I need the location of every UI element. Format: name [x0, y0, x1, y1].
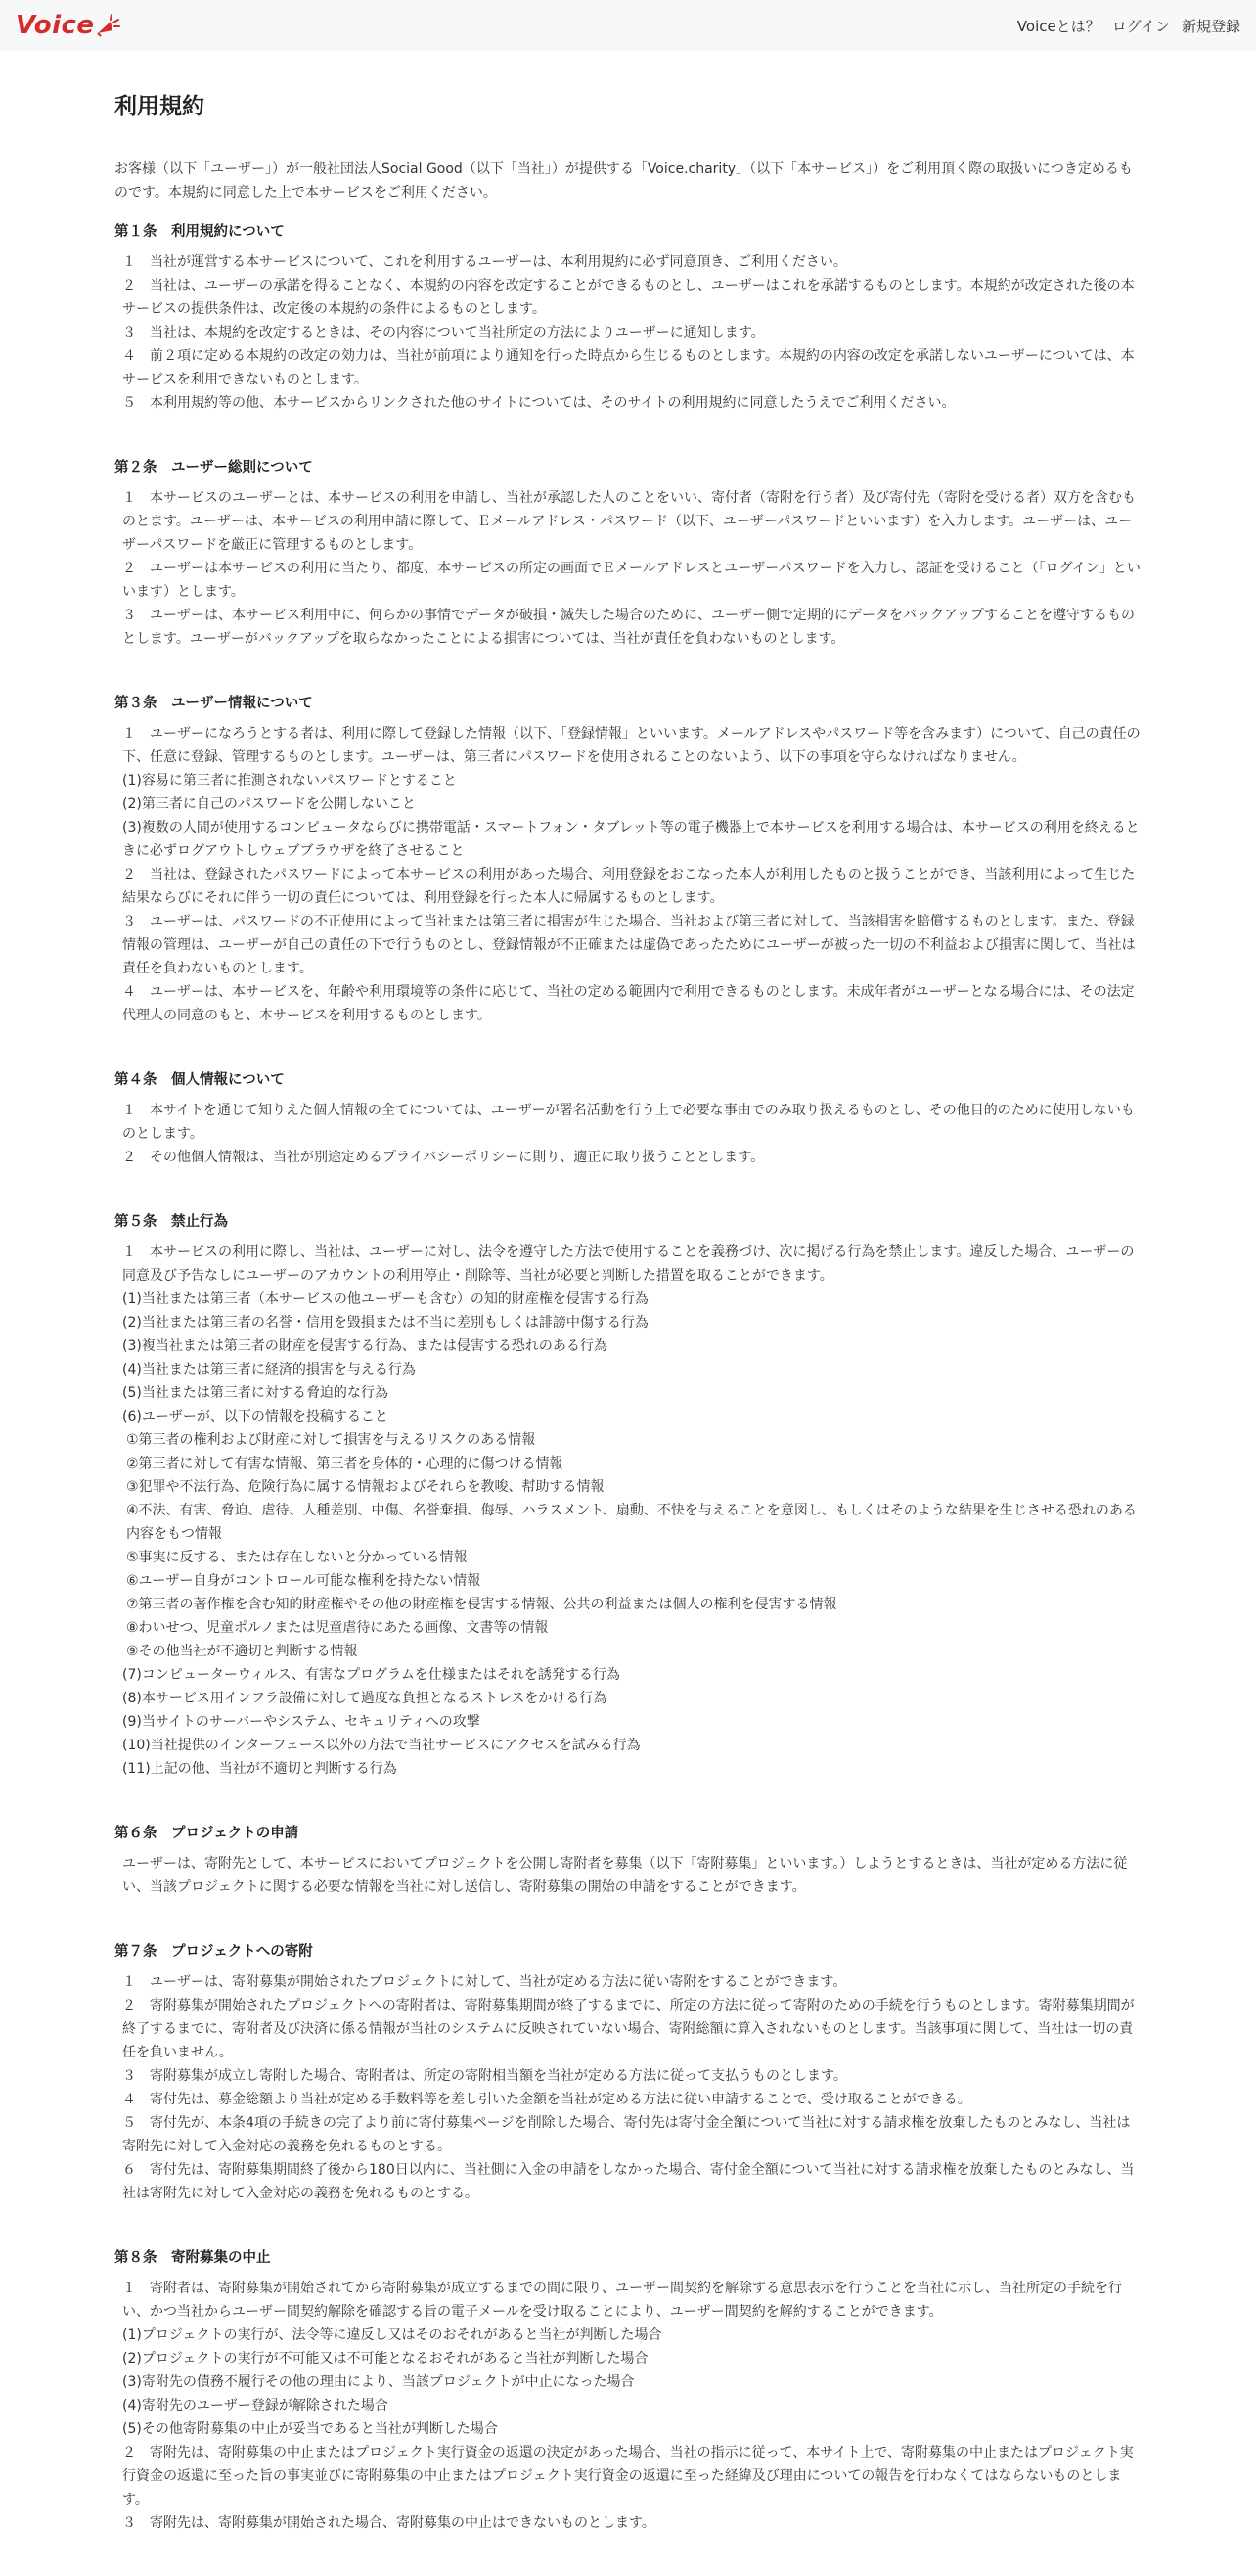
- clause-paragraph: ３ ユーザーは、本サービス利用中に、何らかの事情でデータが破損・滅失した場合のた…: [114, 604, 1142, 651]
- clause-list-item: (3)寄附先の債務不履行その他の理由により、当該プロジェクトが中止になった場合: [114, 2371, 1142, 2394]
- clause-list-item: (3)複数の人間が使用するコンピュータならびに携帯電話・スマートフォン・タブレッ…: [114, 816, 1142, 863]
- clause-paragraph: ユーザーは、寄附先として、本サービスにおいてプロジェクトを公開し寄附者を募集（以…: [114, 1852, 1142, 1899]
- clause-paragraph: ３ 寄附先は、寄附募集が開始された場合、寄附募集の中止はできないものとします。: [114, 2511, 1142, 2535]
- clause-list-item: ④不法、有害、脅迫、虐待、人種差別、中傷、名誉棄損、侮辱、ハラスメント、扇動、不…: [114, 1499, 1142, 1546]
- clause-list-item: (1)容易に第三者に推測されないパスワードとすること: [114, 769, 1142, 792]
- article-title: 第７条 プロジェクトへの寄附: [114, 1940, 1142, 1961]
- article-5: 第５条 禁止行為１ 本サービスの利用に際し、当社は、ユーザーに対し、法令を遵守し…: [114, 1210, 1142, 1781]
- clause-paragraph: １ 当社が運営する本サービスについて、これを利用するユーザーは、本利用規約に必ず…: [114, 250, 1142, 274]
- clause-paragraph: ４ 前２項に定める本規約の改定の効力は、当社が前項により通知を行った時点から生じ…: [114, 344, 1142, 391]
- clause-paragraph: ５ 本利用規約等の他、本サービスからリンクされた他のサイトについては、そのサイト…: [114, 391, 1142, 415]
- clause-paragraph: １ 本サービスのユーザーとは、本サービスの利用を申請し、当社が承認した人のことを…: [114, 486, 1142, 557]
- terms-content: 利用規約 お客様（以下「ユーザー」）が一般社団法人Social Good（以下「…: [114, 51, 1142, 2535]
- clause-paragraph: １ 本サービスの利用に際し、当社は、ユーザーに対し、法令を遵守した方法で使用する…: [114, 1241, 1142, 1288]
- clause-list-item: (7)コンピューターウィルス、有害なプログラムを仕様またはそれを誘発する行為: [114, 1663, 1142, 1687]
- clause-paragraph: １ ユーザーになろうとする者は、利用に際して登録した情報（以下、「登録情報」とい…: [114, 722, 1142, 769]
- clause-list-item: ⑦第三者の著作権を含む知的財産権やその他の財産権を侵害する情報、公共の利益または…: [114, 1593, 1142, 1616]
- clause-list-item: (4)寄附先のユーザー登録が解除された場合: [114, 2394, 1142, 2418]
- article-4: 第４条 個人情報について１ 本サイトを通じて知りえた個人情報の全てについては、ユ…: [114, 1068, 1142, 1169]
- articles-list: 第１条 利用規約について１ 当社が運営する本サービスについて、これを利用するユー…: [114, 220, 1142, 2535]
- clause-paragraph: １ ユーザーは、寄附募集が開始されたプロジェクトに対して、当社が定める方法に従い…: [114, 1970, 1142, 1994]
- clause-paragraph: ４ 寄付先は、募金総額より当社が定める手数料等を差し引いた金額を当社が定める方法…: [114, 2088, 1142, 2111]
- article-6: 第６条 プロジェクトの申請ユーザーは、寄附先として、本サービスにおいてプロジェク…: [114, 1822, 1142, 1899]
- clause-list-item: ⑨その他当社が不適切と判断する情報: [114, 1640, 1142, 1663]
- intro-text: お客様（以下「ユーザー」）が一般社団法人Social Good（以下「当社」）が…: [114, 158, 1142, 204]
- megaphone-icon: [95, 14, 120, 37]
- clause-paragraph: ３ ユーザーは、パスワードの不正使用によって当社または第三者に損害が生じた場合、…: [114, 910, 1142, 980]
- clause-paragraph: ２ ユーザーは本サービスの利用に当たり、都度、本サービスの所定の画面でＥメールア…: [114, 557, 1142, 604]
- clause-list-item: (3)複当社または第三者の財産を侵害する行為、または侵害する恐れのある行為: [114, 1334, 1142, 1358]
- logo-link[interactable]: Voice: [16, 11, 120, 40]
- clause-paragraph: ２ 寄附募集が開始されたプロジェクトへの寄附者は、寄附募集期間が終了するまでに、…: [114, 1994, 1142, 2064]
- clause-list-item: (1)プロジェクトの実行が、法令等に違反し又はそのおそれがあると当社が判断した場…: [114, 2324, 1142, 2347]
- clause-list-item: (11)上記の他、当社が不適切と判断する行為: [114, 1757, 1142, 1781]
- clause-list-item: (5)その他寄附募集の中止が妥当であると当社が判断した場合: [114, 2418, 1142, 2441]
- clause-list-item: ①第三者の権利および財産に対して損害を与えるリスクのある情報: [114, 1428, 1142, 1452]
- clause-paragraph: ２ 当社は、ユーザーの承諾を得ることなく、本規約の内容を改定することができるもの…: [114, 274, 1142, 321]
- clause-paragraph: ２ その他個人情報は、当社が別途定めるプライバシーポリシーに則り、適正に取り扱う…: [114, 1146, 1142, 1169]
- clause-paragraph: ３ 寄附募集が成立し寄附した場合、寄附者は、所定の寄附相当額を当社が定める方法に…: [114, 2064, 1142, 2088]
- article-title: 第４条 個人情報について: [114, 1068, 1142, 1089]
- article-7: 第７条 プロジェクトへの寄附１ ユーザーは、寄附募集が開始されたプロジェクトに対…: [114, 1940, 1142, 2205]
- article-title: 第５条 禁止行為: [114, 1210, 1142, 1231]
- clause-list-item: (2)プロジェクトの実行が不可能又は不可能となるおそれがあると当社が判断した場合: [114, 2347, 1142, 2371]
- clause-paragraph: １ 寄附者は、寄附募集が開始されてから寄附募集が成立するまでの間に限り、ユーザー…: [114, 2277, 1142, 2324]
- clause-list-item: ⑧わいせつ、児童ポルノまたは児童虐待にあたる画像、文書等の情報: [114, 1616, 1142, 1640]
- clause-list-item: ②第三者に対して有害な情報、第三者を身体的・心理的に傷つける情報: [114, 1452, 1142, 1475]
- article-title: 第６条 プロジェクトの申請: [114, 1822, 1142, 1842]
- article-title: 第３条 ユーザー情報について: [114, 692, 1142, 712]
- nav-login-link[interactable]: ログイン: [1112, 16, 1170, 36]
- article-8: 第８条 寄附募集の中止１ 寄附者は、寄附募集が開始されてから寄附募集が成立するま…: [114, 2246, 1142, 2535]
- clause-paragraph: ２ 寄附先は、寄附募集の中止またはプロジェクト実行資金の返還の決定があった場合、…: [114, 2441, 1142, 2511]
- clause-list-item: (10)当社提供のインターフェース以外の方法で当社サービスにアクセスを試みる行為: [114, 1734, 1142, 1757]
- header-nav: Voiceとは？ ログイン 新規登録: [1017, 16, 1240, 36]
- clause-list-item: (2)当社または第三者の名誉・信用を毀損または不当に差別もしくは誹謗中傷する行為: [114, 1311, 1142, 1334]
- logo-text: Voice: [16, 11, 95, 40]
- clause-list-item: (6)ユーザーが、以下の情報を投稿すること: [114, 1405, 1142, 1428]
- clause-list-item: (4)当社または第三者に経済的損害を与える行為: [114, 1358, 1142, 1381]
- clause-paragraph: ３ 当社は、本規約を改定するときは、その内容について当社所定の方法によりユーザー…: [114, 321, 1142, 344]
- clause-paragraph: １ 本サイトを通じて知りえた個人情報の全てについては、ユーザーが署名活動を行う上…: [114, 1099, 1142, 1146]
- article-title: 第１条 利用規約について: [114, 220, 1142, 241]
- clause-list-item: ③犯罪や不法行為、危険行為に属する情報およびそれらを教唆、幇助する情報: [114, 1475, 1142, 1499]
- nav-about-link[interactable]: Voiceとは？: [1017, 16, 1100, 36]
- clause-list-item: (8)本サービス用インフラ設備に対して過度な負担となるストレスをかける行為: [114, 1687, 1142, 1710]
- clause-paragraph: ４ ユーザーは、本サービスを、年齢や利用環境等の条件に応じて、当社の定める範囲内…: [114, 980, 1142, 1027]
- clause-list-item: (5)当社または第三者に対する脅迫的な行為: [114, 1381, 1142, 1405]
- clause-paragraph: ２ 当社は、登録されたパスワードによって本サービスの利用があった場合、利用登録を…: [114, 863, 1142, 910]
- clause-list-item: (1)当社または第三者（本サービスの他ユーザーも含む）の知的財産権を侵害する行為: [114, 1288, 1142, 1311]
- nav-signup-link[interactable]: 新規登録: [1182, 16, 1240, 36]
- page-title: 利用規約: [114, 88, 1142, 120]
- clause-paragraph: ６ 寄付先は、寄附募集期間終了後から180日以内に、当社側に入金の申請をしなかっ…: [114, 2158, 1142, 2205]
- clause-list-item: ⑤事実に反する、または存在しないと分かっている情報: [114, 1546, 1142, 1569]
- article-1: 第１条 利用規約について１ 当社が運営する本サービスについて、これを利用するユー…: [114, 220, 1142, 415]
- article-title: 第２条 ユーザー総則について: [114, 456, 1142, 476]
- site-header: Voice Voiceとは？ ログイン 新規登録: [0, 0, 1256, 51]
- article-2: 第２条 ユーザー総則について１ 本サービスのユーザーとは、本サービスの利用を申請…: [114, 456, 1142, 651]
- article-3: 第３条 ユーザー情報について１ ユーザーになろうとする者は、利用に際して登録した…: [114, 692, 1142, 1027]
- clause-list-item: (2)第三者に自己のパスワードを公開しないこと: [114, 792, 1142, 816]
- article-title: 第８条 寄附募集の中止: [114, 2246, 1142, 2267]
- clause-paragraph: ５ 寄付先が、本条4項の手続きの完了より前に寄付募集ページを削除した場合、寄付先…: [114, 2111, 1142, 2158]
- clause-list-item: (9)当サイトのサーバーやシステム、セキュリティへの攻撃: [114, 1710, 1142, 1734]
- clause-list-item: ⑥ユーザー自身がコントロール可能な権利を持たない情報: [114, 1569, 1142, 1593]
